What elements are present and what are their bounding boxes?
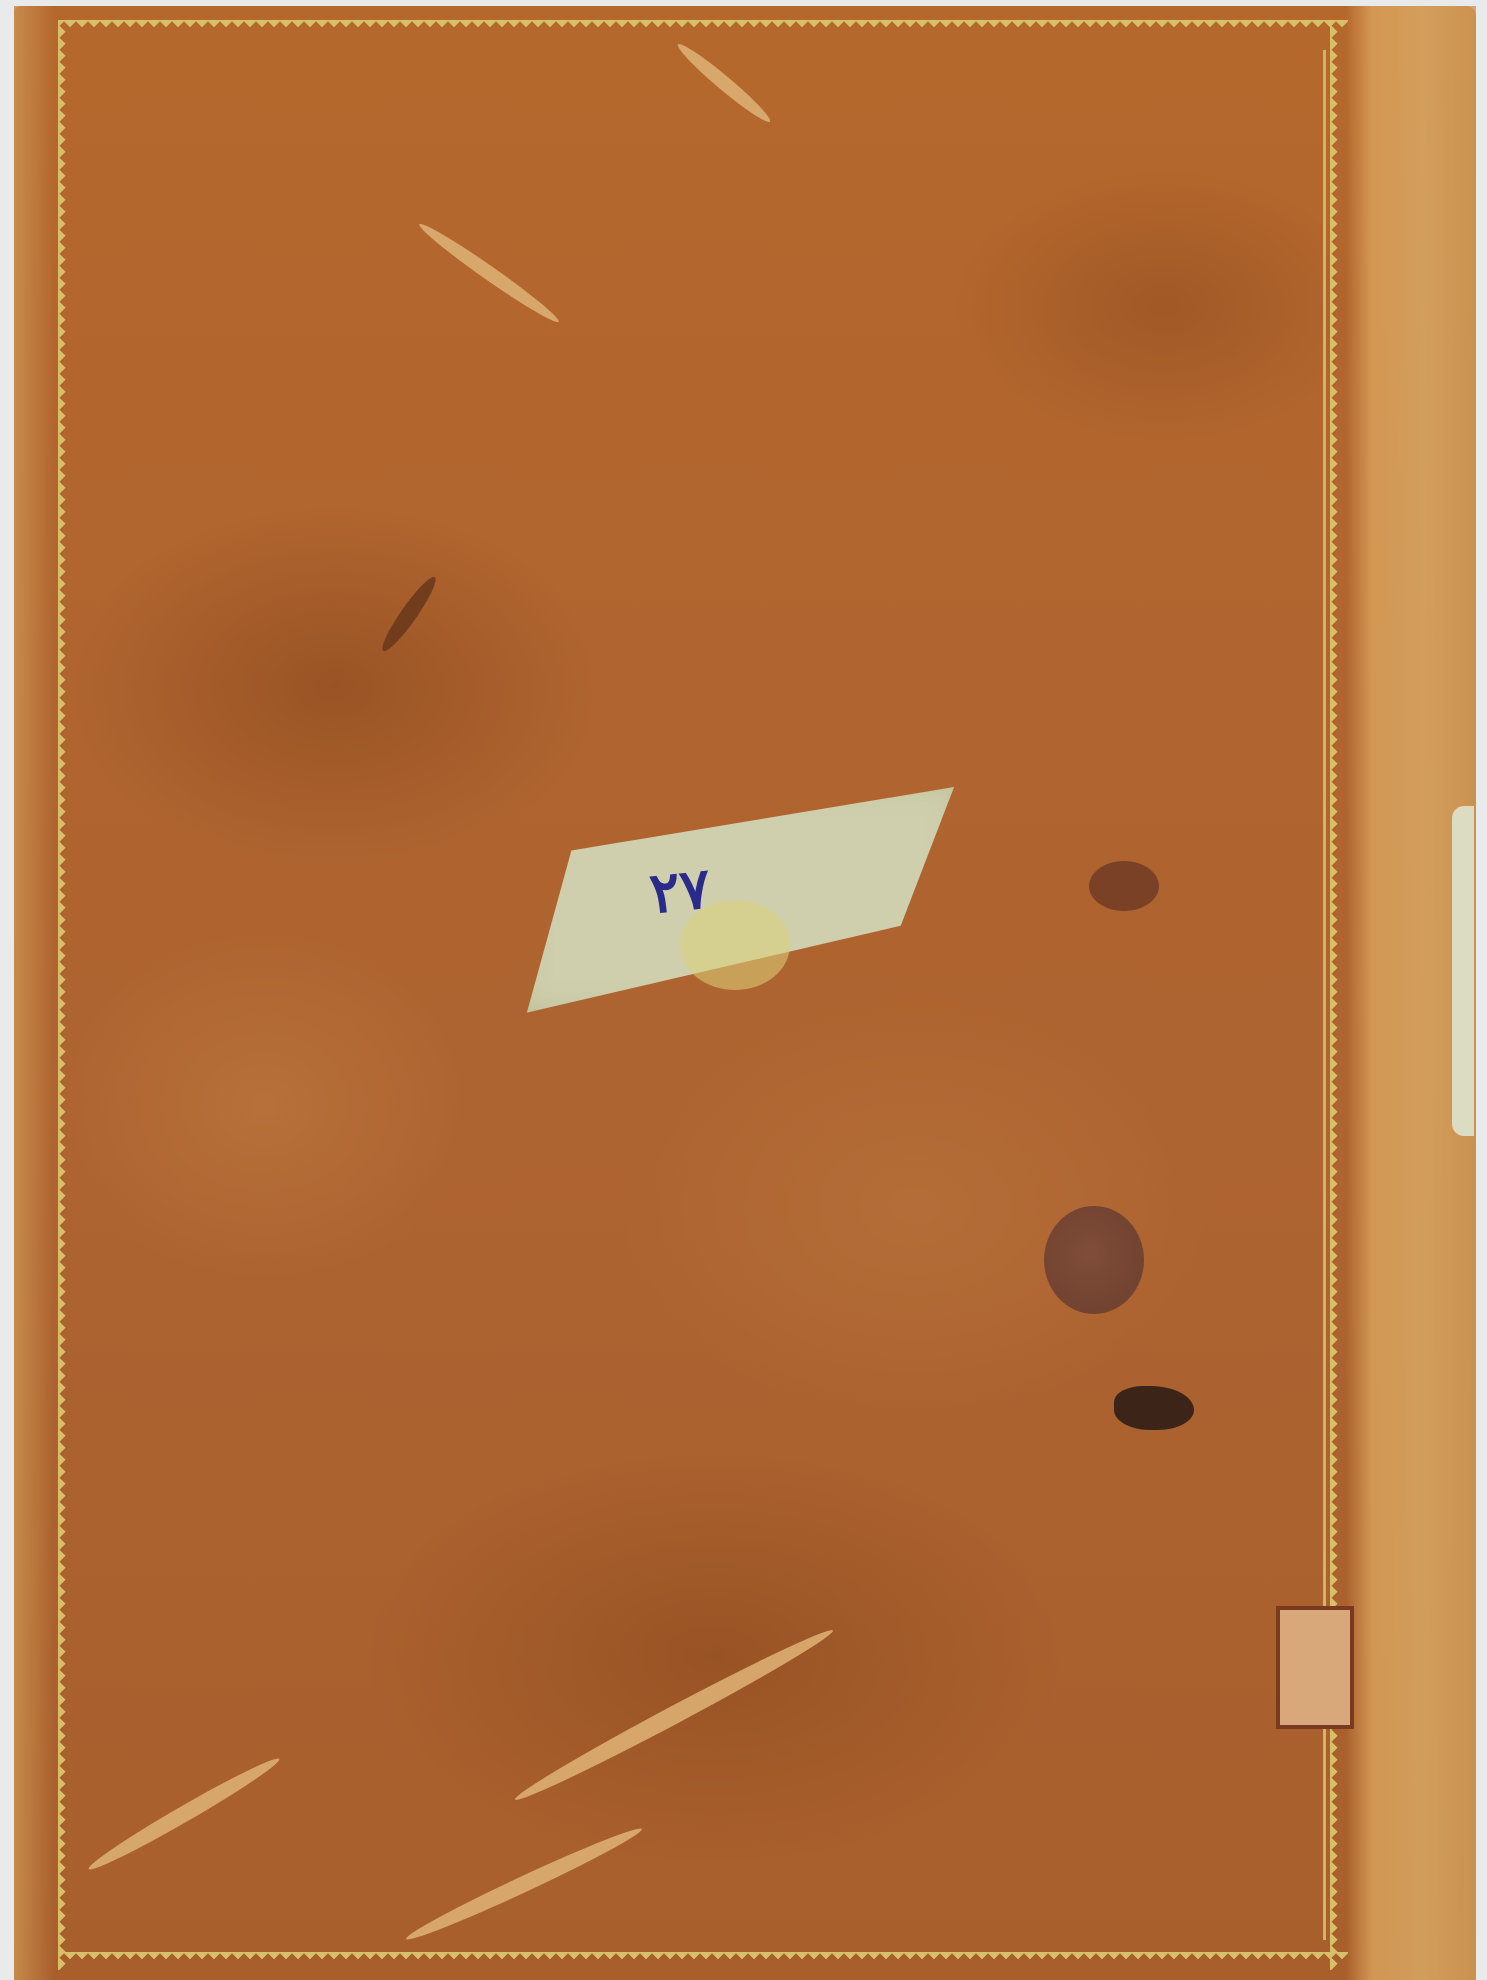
dark-stain (1114, 1386, 1194, 1430)
gilt-border-left (58, 20, 76, 1970)
small-stain (1089, 861, 1159, 911)
page-edge (1452, 806, 1474, 1136)
gilt-border-bottom (58, 1952, 1348, 1970)
round-stain (1044, 1206, 1144, 1314)
gilt-border-top (58, 20, 1348, 38)
worn-left-edge (14, 6, 54, 1980)
gilt-border-frame (58, 20, 1348, 1970)
handwritten-mark: ٢٧ (647, 855, 714, 927)
repair-patch (1276, 1606, 1354, 1729)
book-cover (14, 6, 1476, 1980)
